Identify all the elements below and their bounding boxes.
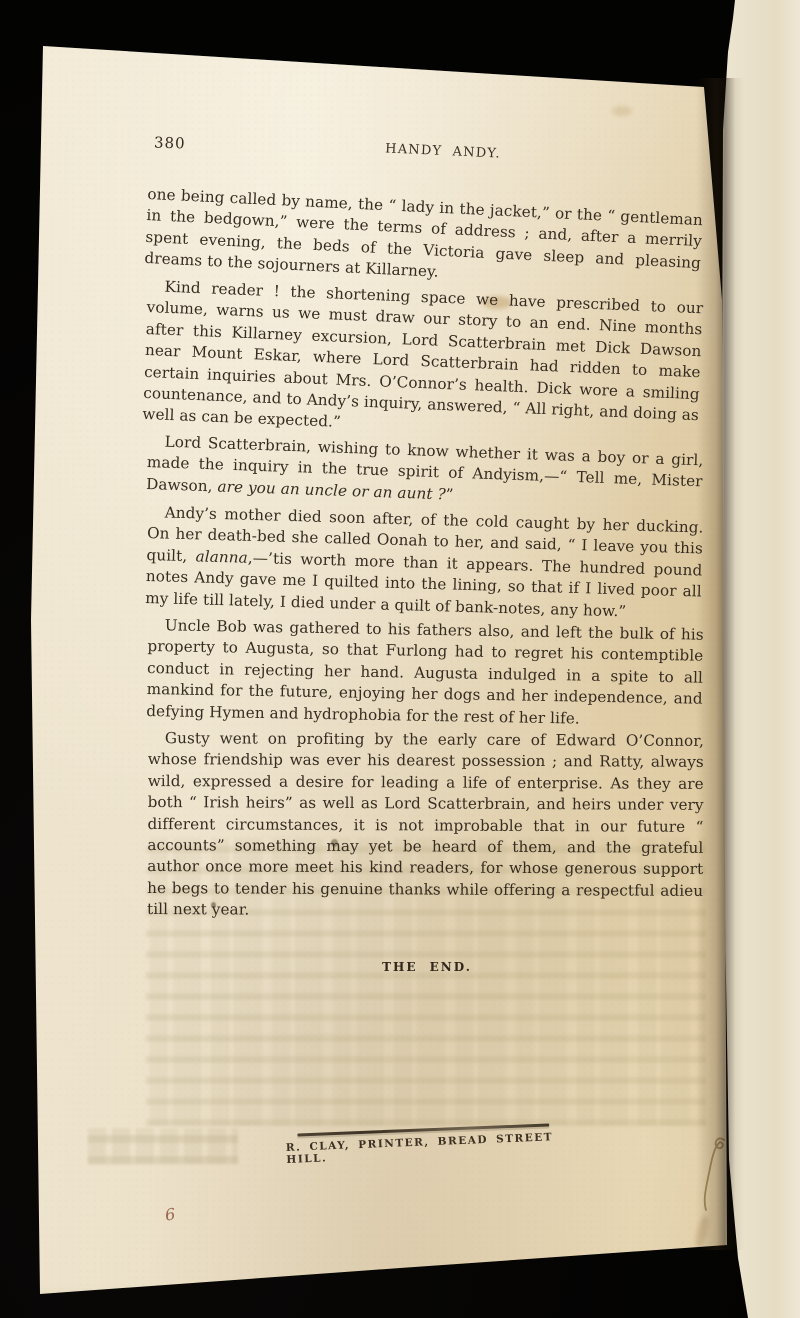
body-text: one being called by name, the “ lady in … xyxy=(148,184,704,926)
italic-phrase: alanna xyxy=(195,547,248,566)
italic-phrase: are you an uncle or an aunt ? xyxy=(217,478,446,504)
show-through-imprint xyxy=(88,1128,238,1164)
foxing-spot xyxy=(612,106,632,116)
paragraph: Kind reader ! the shortening space we ha… xyxy=(142,276,704,448)
text-segment: ” xyxy=(445,486,453,504)
text-segment: Gusty went on profiting by the early car… xyxy=(147,729,704,919)
book-page: 380 HANDY ANDY. one being called by name… xyxy=(0,0,800,1318)
text-segment: one being called by name, the “ lady in … xyxy=(144,185,703,281)
page-number: 380 xyxy=(154,133,186,152)
paragraph: Andy’s mother died soon after, of the co… xyxy=(145,502,704,625)
the-end-label: THE END. xyxy=(352,960,502,974)
paragraph: Gusty went on profiting by the early car… xyxy=(147,728,704,924)
paragraph: Uncle Bob was gathered to his fathers al… xyxy=(146,615,704,732)
ink-squiggle-mark xyxy=(700,1134,732,1218)
text-segment: Uncle Bob was gathered to his fathers al… xyxy=(146,616,704,727)
photo-background: 380 HANDY ANDY. one being called by name… xyxy=(0,0,800,1318)
text-segment: Kind reader ! the shortening space we ha… xyxy=(142,277,703,431)
